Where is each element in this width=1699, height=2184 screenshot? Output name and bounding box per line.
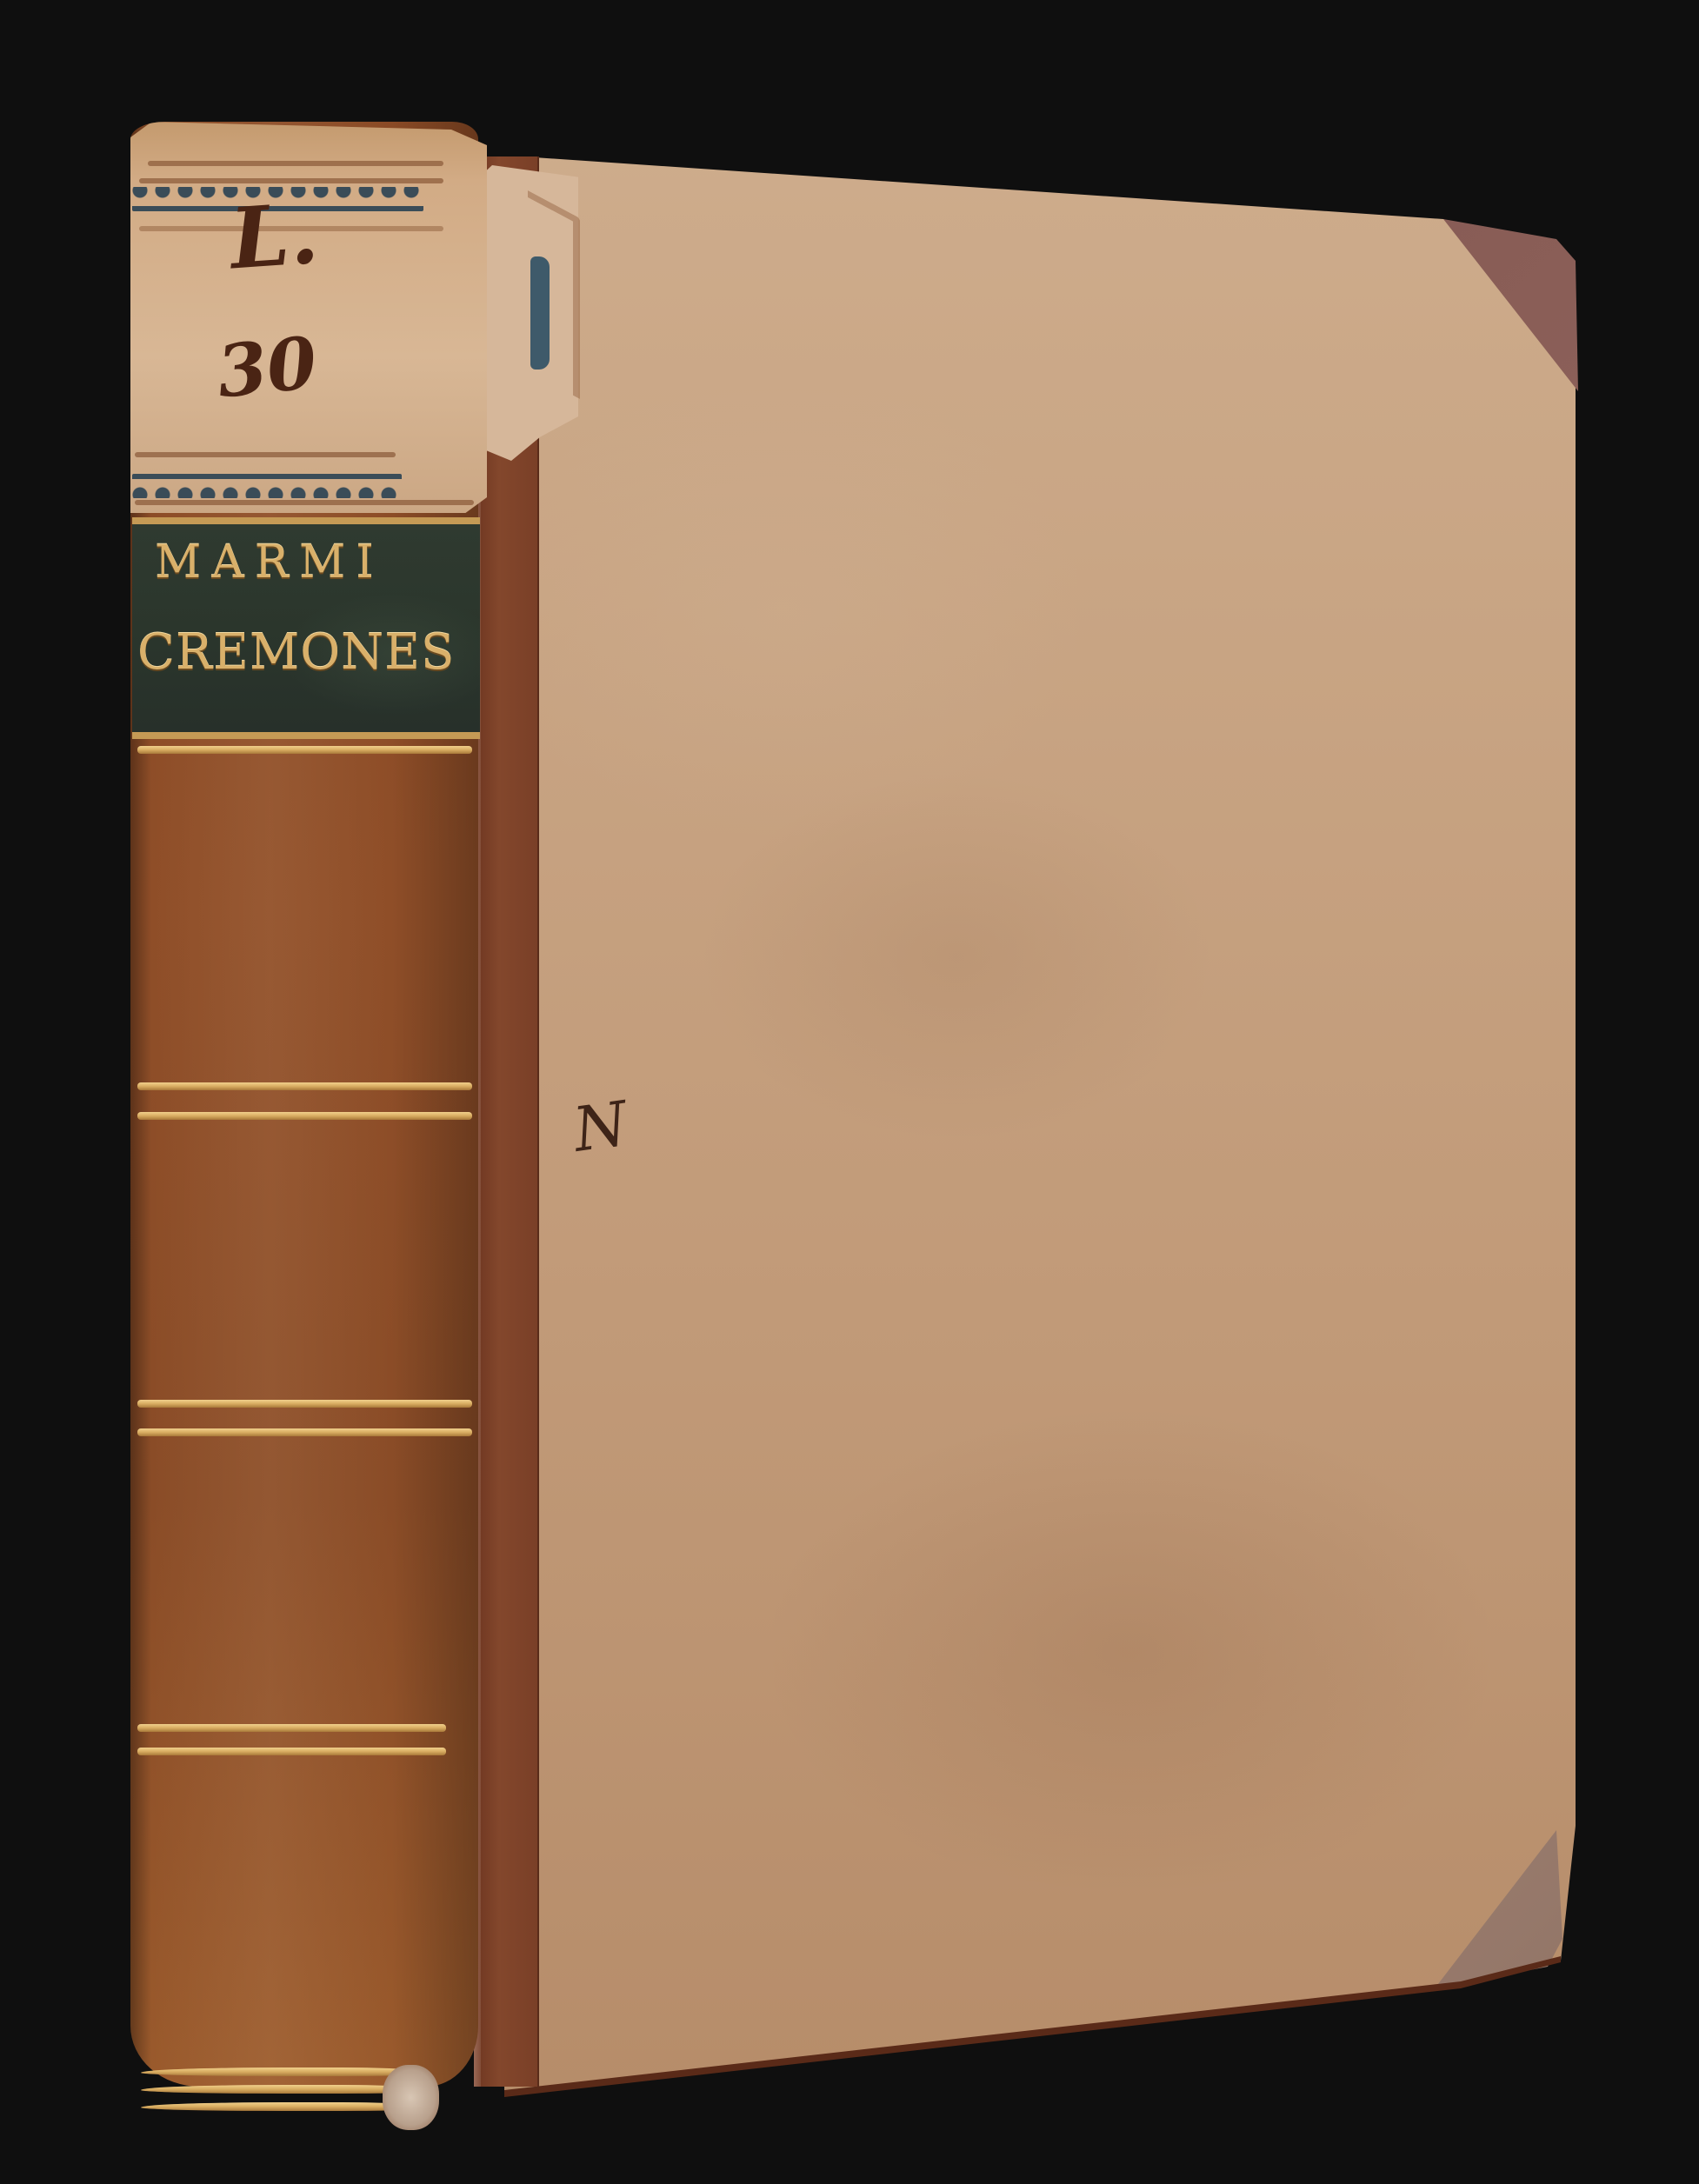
title-line-1: MARMI	[155, 536, 503, 589]
fragment-blue-ornament	[530, 256, 550, 370]
gilt-band-2a	[137, 1400, 472, 1408]
book-photo: N L. 30 MARMI CREMONES	[0, 0, 1699, 2184]
label-rule-bottom	[135, 452, 396, 457]
shelfmark-number: 30	[213, 321, 321, 414]
gilt-band-1b	[137, 1112, 472, 1120]
label-rule-bottom-2	[135, 500, 474, 505]
shelfmark-letter: L.	[227, 184, 322, 289]
gilt-band-3b	[137, 1748, 446, 1755]
gilt-band-3a	[137, 1724, 446, 1732]
foot-gilt-line-1	[141, 2067, 428, 2076]
title-line-2: CREMONES	[137, 624, 485, 681]
pencil-mark: N	[570, 1088, 632, 1166]
label-scallop-ornament-bottom	[132, 474, 402, 498]
gilt-band-under-label	[137, 746, 472, 754]
label-rule-top	[148, 161, 443, 166]
label-rule-top-2	[139, 178, 443, 183]
spine-title-label: MARMI CREMONES	[132, 517, 480, 739]
gilt-band-2b	[137, 1428, 472, 1436]
gilt-band-1a	[137, 1082, 472, 1090]
spine-foot-wear	[383, 2065, 439, 2130]
